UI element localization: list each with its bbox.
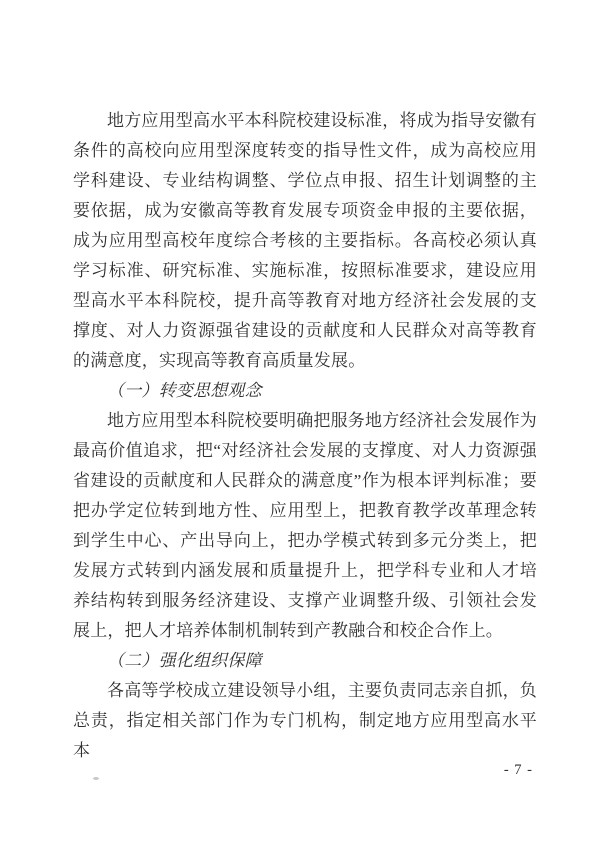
paragraph-section-1: 地方应用型本科院校要明确把服务地方经济社会发展作为最高价值追求，把“对经济社会发…: [73, 406, 537, 646]
scan-artifact-dot: [93, 777, 99, 780]
section-heading-1: （一）转变思想观念: [73, 376, 537, 406]
section-heading-2: （二）强化组织保障: [73, 646, 537, 676]
page-number: - 7 -: [504, 762, 533, 779]
paragraph-intro: 地方应用型高水平本科院校建设标准，将成为指导安徽有条件的高校向应用型深度转变的指…: [73, 106, 537, 376]
document-page: 地方应用型高水平本科院校建设标准，将成为指导安徽有条件的高校向应用型深度转变的指…: [0, 0, 610, 856]
document-content: 地方应用型高水平本科院校建设标准，将成为指导安徽有条件的高校向应用型深度转变的指…: [73, 106, 537, 766]
paragraph-section-2: 各高等学校成立建设领导小组，主要负责同志亲自抓，负总责，指定相关部门作为专门机构…: [73, 676, 537, 766]
